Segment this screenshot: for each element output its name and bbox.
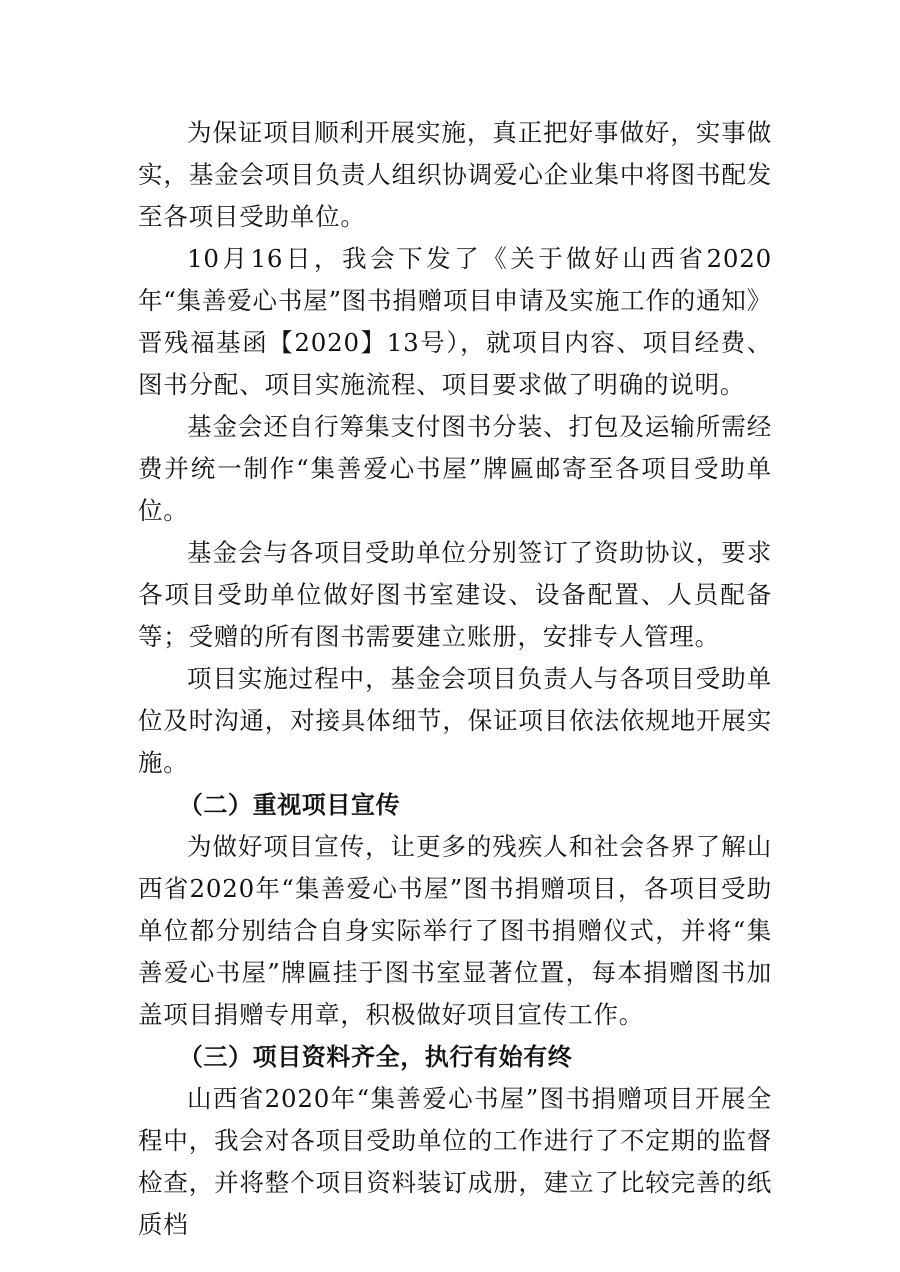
page-number: 2	[0, 1178, 900, 1194]
paragraph-communication: 项目实施过程中，基金会项目负责人与各项目受助单位及时沟通，对接具体细节，保证项目…	[138, 658, 772, 784]
document-page: 为保证项目顺利开展实施，真正把好事做好，实事做实，基金会项目负责人组织协调爱心企…	[138, 112, 772, 1246]
paragraph-agreement: 基金会与各项目受助单位分别签订了资助协议，要求各项目受助单位做好图书室建设、设备…	[138, 532, 772, 658]
section-heading-records: （三）项目资料齐全，执行有始有终	[138, 1036, 772, 1078]
paragraph-records: 山西省2020年“集善爱心书屋”图书捐赠项目开展全程中，我会对各项目受助单位的工…	[138, 1078, 772, 1246]
paragraph-publicity: 为做好项目宣传，让更多的残疾人和社会各界了解山西省2020年“集善爱心书屋”图书…	[138, 826, 772, 1036]
paragraph-distribution: 为保证项目顺利开展实施，真正把好事做好，实事做实，基金会项目负责人组织协调爱心企…	[138, 112, 772, 238]
paragraph-notice: 10月16日，我会下发了《关于做好山西省2020年“集善爱心书屋”图书捐赠项目申…	[138, 238, 772, 406]
paragraph-funding: 基金会还自行筹集支付图书分装、打包及运输所需经费并统一制作“集善爱心书屋”牌匾邮…	[138, 406, 772, 532]
section-heading-publicity: （二）重视项目宣传	[138, 784, 772, 826]
